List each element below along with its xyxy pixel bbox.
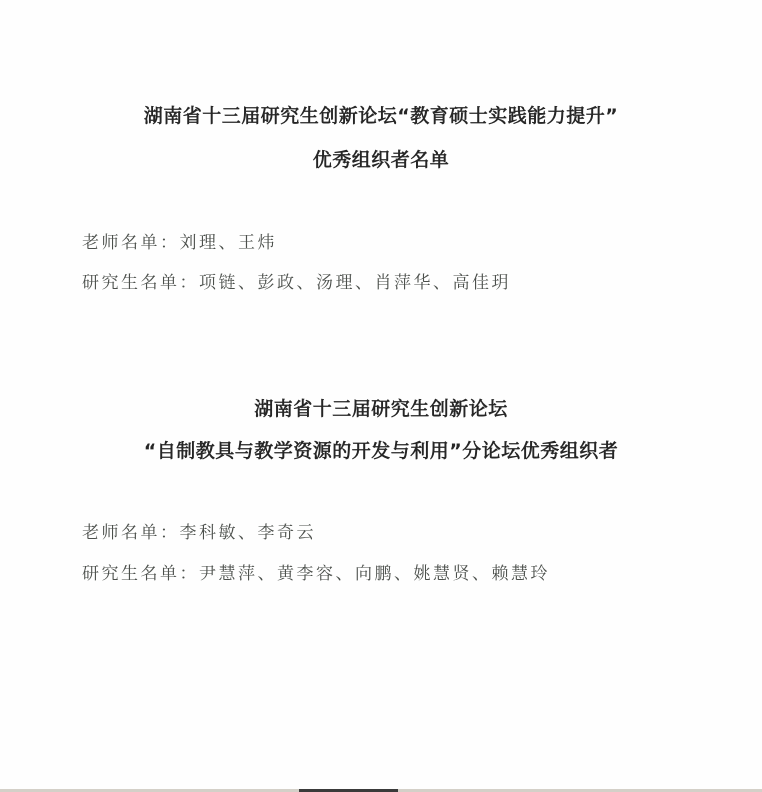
section1-teacher-list: 老师名单：刘理、王炜 [82,228,277,253]
section2-title-line2: “自制教具与教学资源的开发与利用”分论坛优秀组织者 [0,436,762,463]
section1-title-line2: 优秀组织者名单 [0,145,762,172]
section2-teacher-list: 老师名单：李科敏、李奇云 [82,518,316,543]
section1-student-list: 研究生名单：项链、彭政、汤理、肖萍华、高佳玥 [82,268,511,293]
section1-title-line1: 湖南省十三届研究生创新论坛“教育硕士实践能力提升” [0,101,762,128]
section2-title-line1: 湖南省十三届研究生创新论坛 [0,394,762,421]
section2-student-list: 研究生名单：尹慧萍、黄李容、向鹏、姚慧贤、赖慧玲 [82,559,550,584]
document-page: 湖南省十三届研究生创新论坛“教育硕士实践能力提升” 优秀组织者名单 老师名单：刘… [0,0,762,789]
